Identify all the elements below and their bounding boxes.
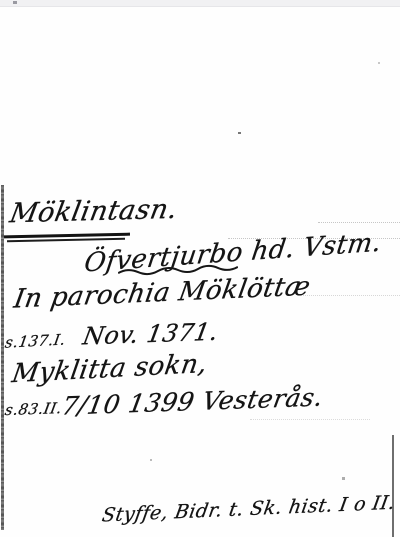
- date-line-1: Nov. 1371.: [83, 318, 219, 351]
- scan-speck: [13, 1, 17, 4]
- paper-speck: [378, 62, 380, 64]
- paper-speck: [150, 459, 152, 461]
- parish-entry-line: Myklitta sokn,: [11, 349, 207, 389]
- parish-abbreviation: sn.: [133, 194, 180, 226]
- paper-speck: [342, 477, 345, 480]
- faint-ruled-line: [300, 295, 400, 296]
- source-ref-2-text: s.83.II.: [3, 399, 63, 419]
- parish-entry-text: Myklitta sokn,: [10, 349, 210, 390]
- latin-entry-text: In parochia Möklöttæ: [12, 271, 313, 314]
- source-ref-2: s.83.II.: [5, 399, 63, 419]
- index-card: Möklinta sn. Öfvertjurbo hd. Vstm. In pa…: [0, 7, 400, 537]
- headword-underline-second: [7, 238, 125, 242]
- date-line-1-text: Nov. 1371.: [81, 318, 221, 351]
- place-name-headword: Möklinta: [7, 195, 139, 229]
- source-citation-text: Styffe, Bidr. t. Sk. hist. I o II.: [100, 492, 397, 527]
- card-right-edge: [392, 435, 394, 537]
- latin-entry-line: In parochia Möklöttæ: [13, 272, 310, 315]
- source-ref-1: s.137.I.: [5, 330, 66, 351]
- source-ref-1-text: s.137.I.: [4, 330, 67, 351]
- date-line-2: 7/10 1399 Vesterås.: [62, 382, 324, 420]
- date-line-2-text: 7/10 1399 Vesterås.: [60, 382, 326, 420]
- scan-edge-top: [0, 0, 400, 7]
- faint-ruled-line: [250, 419, 370, 420]
- faint-ruled-line: [318, 222, 400, 223]
- source-citation-line: Styffe, Bidr. t. Sk. hist. I o II.: [102, 492, 396, 527]
- paper-speck: [238, 132, 241, 134]
- card-title-line: Möklinta sn.: [10, 194, 178, 229]
